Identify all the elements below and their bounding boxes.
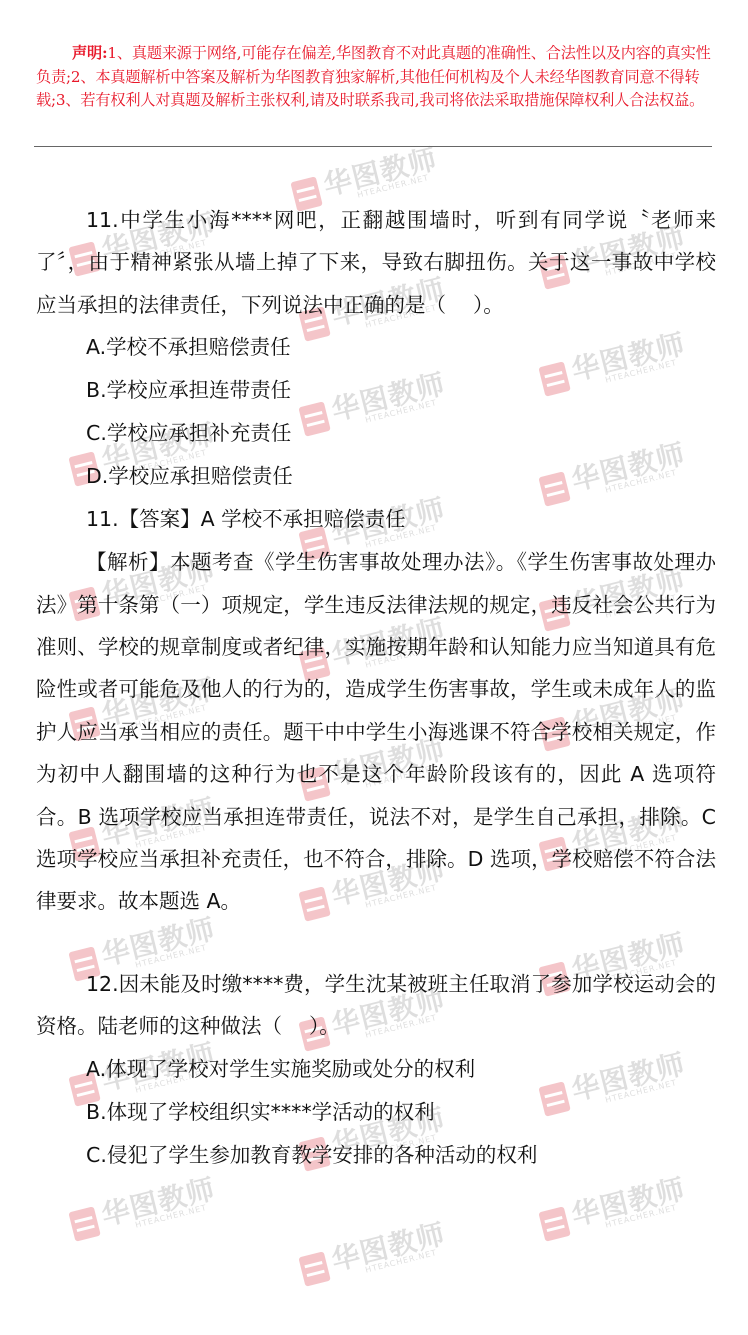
notice-text: 1、真题来源于网络,可能存在偏差,华图教育不对此真题的准确性、合法性以及内容的真… — [36, 44, 711, 109]
notice-lead: 声明: — [72, 44, 107, 62]
exam-content: 11.中学生小海****网吧，正翻越围墙时，听到有同学说〝老师来了〞，由于精神紧… — [36, 199, 716, 1177]
header-divider — [34, 146, 712, 147]
analysis: 【解析】本题考查《学生伤害事故处理办法》。《学生伤害事故处理办法》第十条第（一）… — [36, 541, 716, 923]
option-a: A.体现了学校对学生实施奖励或处分的权利 — [36, 1048, 716, 1091]
question-12: 12.因未能及时缴****费，学生沈某被班主任取消了参加学校运动会的资格。陆老师… — [36, 963, 716, 1177]
question-stem: 11.中学生小海****网吧，正翻越围墙时，听到有同学说〝老师来了〞，由于精神紧… — [36, 199, 716, 326]
option-d: D.学校应承担赔偿责任 — [36, 455, 716, 498]
section-gap — [36, 923, 716, 963]
question-11: 11.中学生小海****网吧，正翻越围墙时，听到有同学说〝老师来了〞，由于精神紧… — [36, 199, 716, 923]
watermark: 华图教师 HTEACHER.NET — [65, 1163, 225, 1258]
brand-logo-icon — [68, 1206, 100, 1241]
option-a: A.学校不承担赔偿责任 — [36, 326, 716, 369]
copyright-notice: 声明:1、真题来源于网络,可能存在偏差,华图教育不对此真题的准确性、合法性以及内… — [36, 42, 712, 113]
watermark: 华图教师 HTEACHER.NET — [535, 1163, 695, 1258]
watermark: 华图教师 HTEACHER.NET — [295, 1208, 455, 1303]
option-c: C.学校应承担补充责任 — [36, 412, 716, 455]
answer: 11.【答案】A 学校不承担赔偿责任 — [36, 498, 716, 541]
option-c: C.侵犯了学生参加教育教学安排的各种活动的权利 — [36, 1134, 716, 1177]
brand-logo-icon — [298, 1251, 330, 1286]
option-b: B.学校应承担连带责任 — [36, 369, 716, 412]
option-b: B.体现了学校组织实****学活动的权利 — [36, 1091, 716, 1134]
brand-logo-icon — [538, 1206, 570, 1241]
question-stem: 12.因未能及时缴****费，学生沈某被班主任取消了参加学校运动会的资格。陆老师… — [36, 963, 716, 1048]
